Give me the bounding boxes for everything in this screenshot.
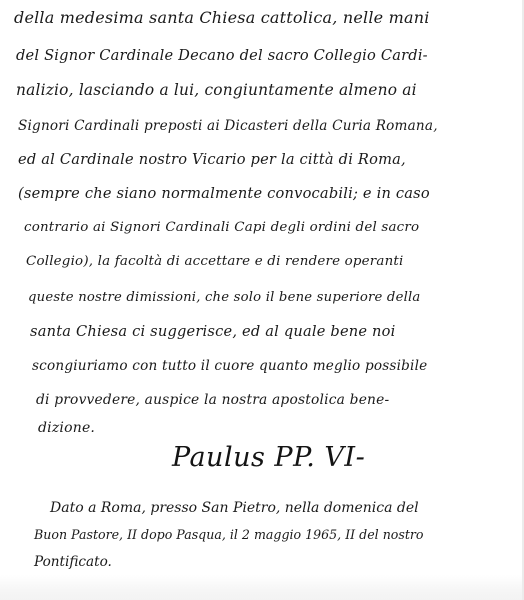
body-line-5: ed al Cardinale nostro Vicario per la ci… [18, 150, 406, 170]
body-line-10: santa Chiesa ci suggerisce, ed al quale … [30, 322, 396, 342]
handwritten-letter-page: della medesima santa Chiesa cattolica, n… [0, 0, 524, 600]
dated-line-1: Dato a Roma, presso San Pietro, nella do… [50, 498, 419, 518]
body-line-3: nalizio, lasciando a lui, congiuntamente… [16, 80, 417, 100]
body-line-11: scongiuriamo con tutto il cuore quanto m… [32, 356, 427, 376]
signature: Paulus PP. VI- [172, 442, 365, 473]
body-line-7: contrario ai Signori Cardinali Capi degl… [24, 218, 419, 238]
body-line-8: Collegio), la facoltà di accettare e di … [26, 252, 403, 272]
body-line-1: della medesima santa Chiesa cattolica, n… [14, 8, 430, 28]
body-line-4: Signori Cardinali preposti ai Dicasteri … [18, 116, 438, 136]
dated-line-2: Buon Pastore, II dopo Pasqua, il 2 maggi… [34, 525, 424, 545]
body-line-9: queste nostre dimissioni, che solo il be… [28, 288, 420, 308]
dated-line-3: Pontificato. [34, 552, 112, 572]
body-line-6: (sempre che siano normalmente convocabil… [18, 184, 430, 204]
body-line-13: dizione. [38, 418, 95, 438]
body-line-2: del Signor Cardinale Decano del sacro Co… [16, 46, 428, 66]
body-line-12: di provvedere, auspice la nostra apostol… [36, 390, 389, 410]
